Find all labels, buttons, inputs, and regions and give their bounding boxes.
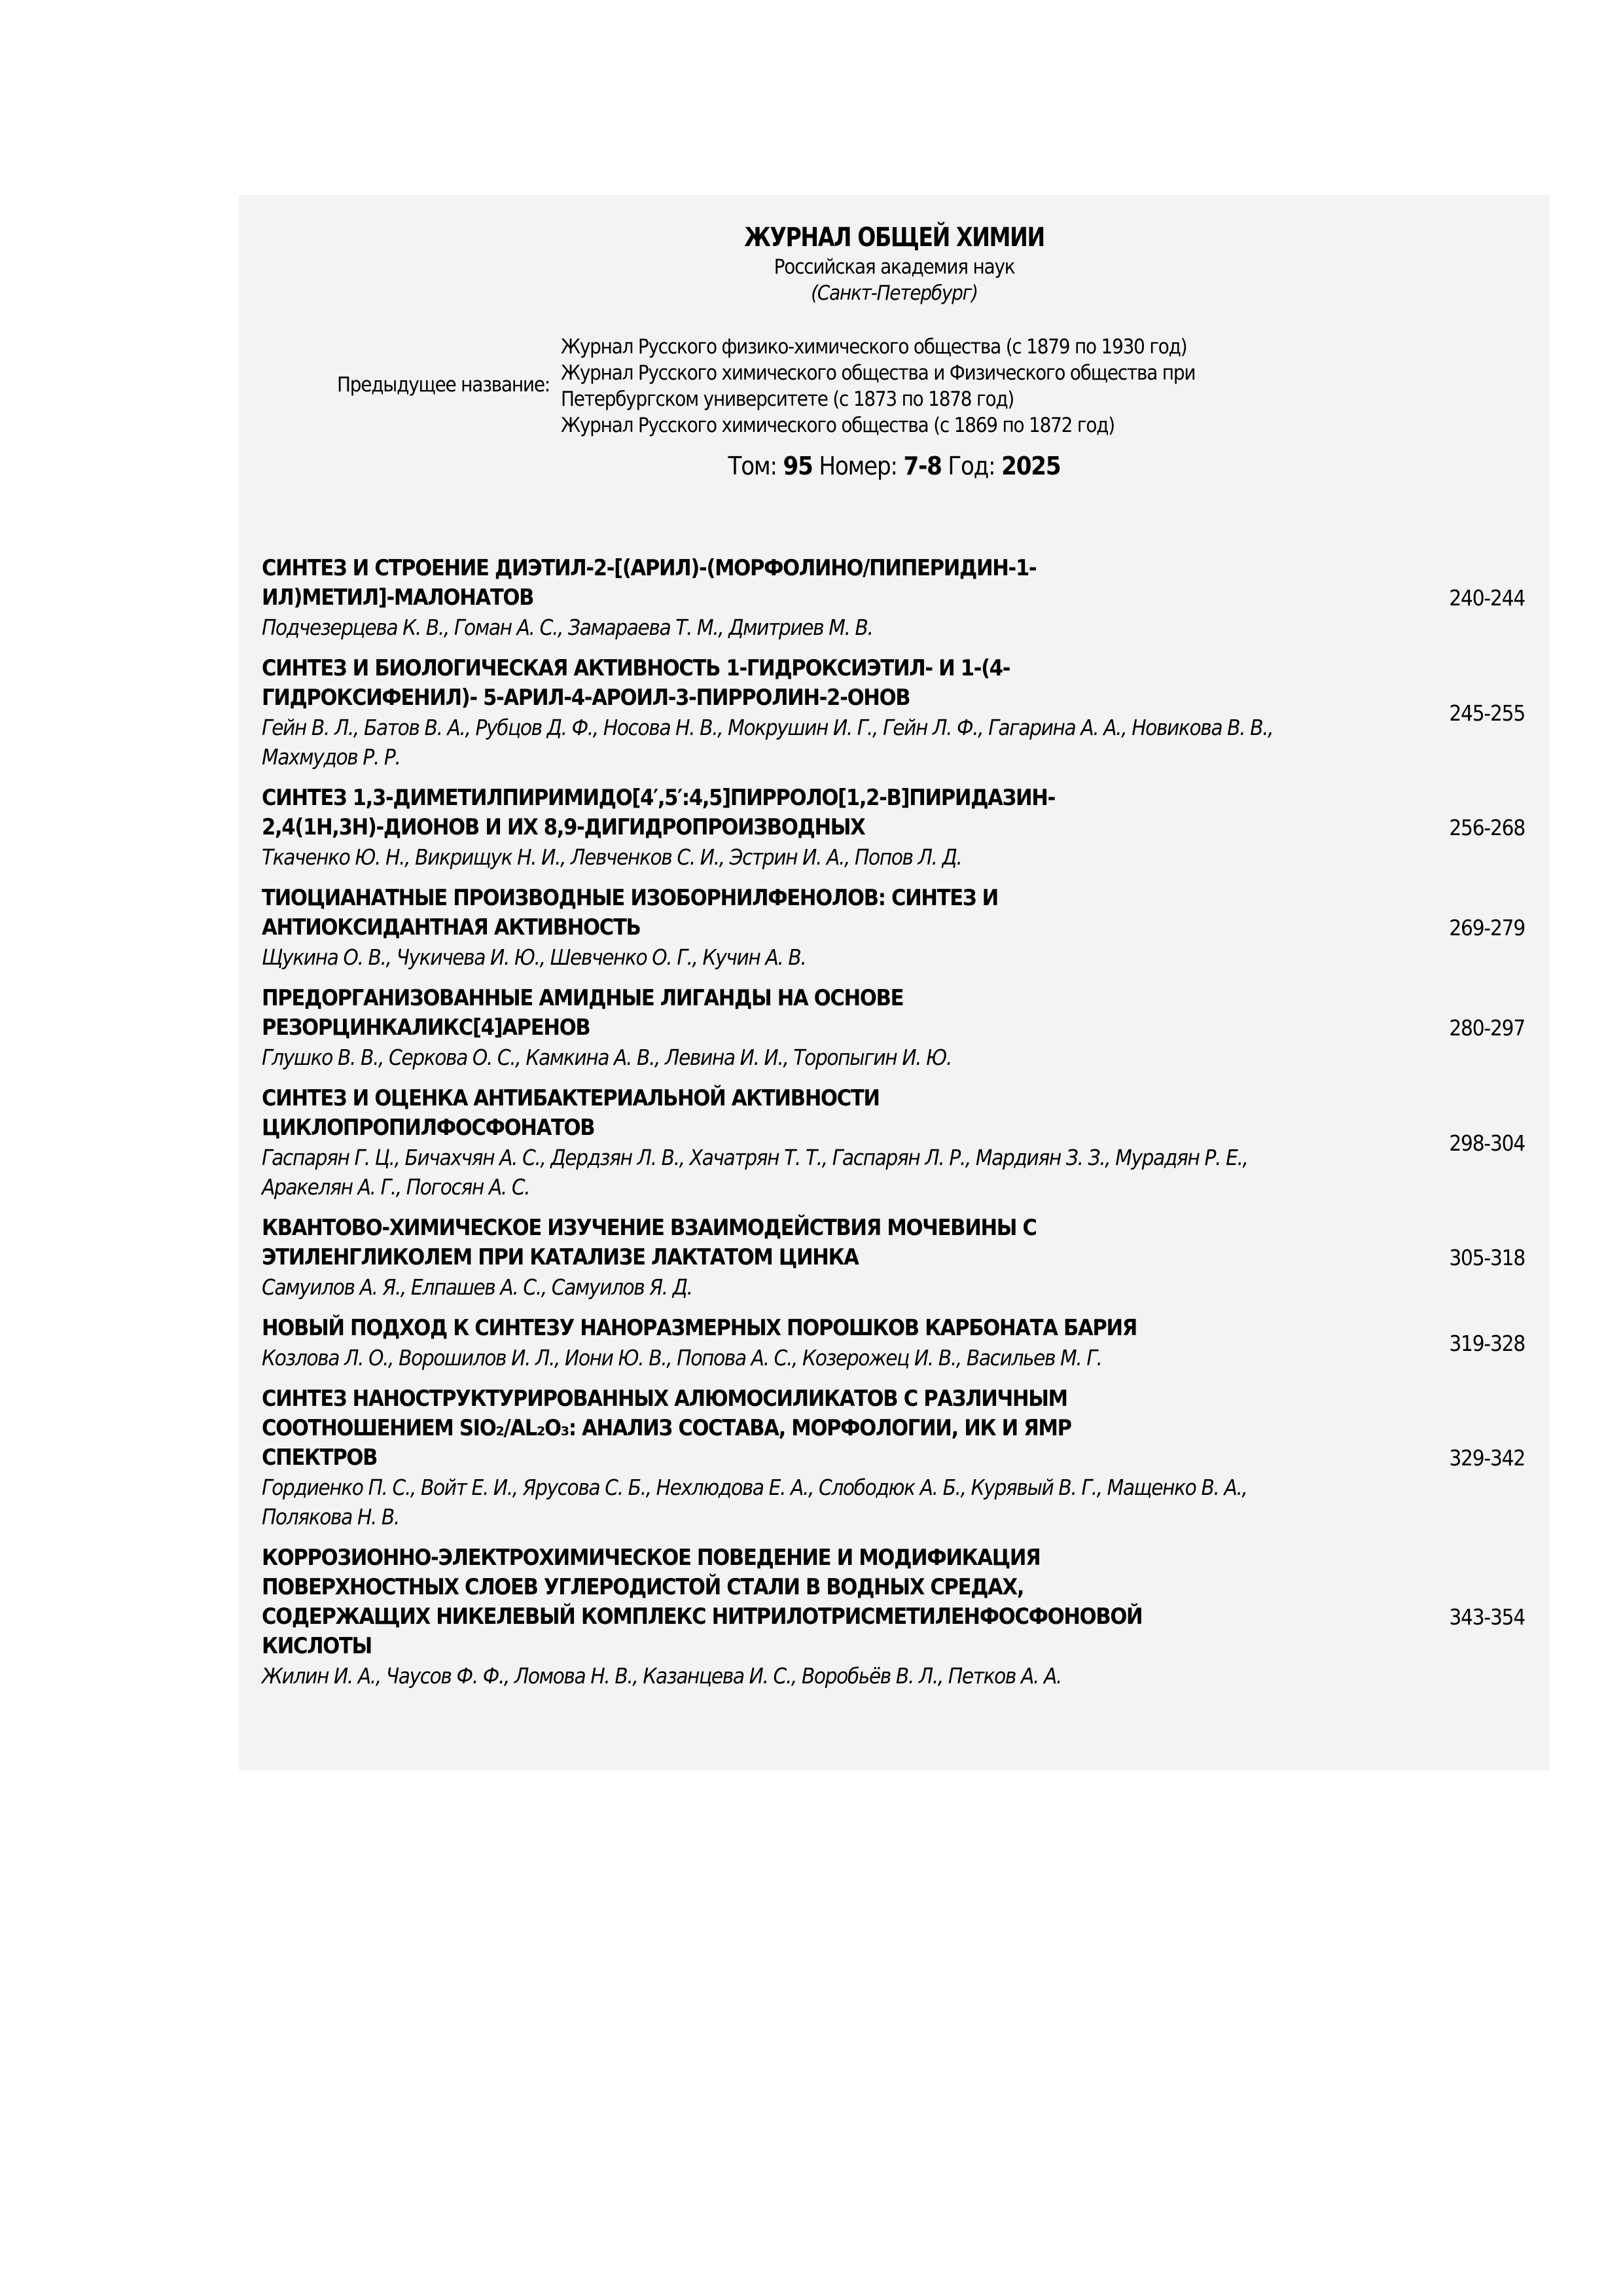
article-pages: 298-304 (1449, 1130, 1525, 1156)
article-entry: КОРРОЗИОННО-ЭЛЕКТРОХИМИЧЕСКОЕ ПОВЕДЕНИЕ … (262, 1543, 1525, 1691)
number-label: Номер: (819, 452, 897, 480)
article-entry: НОВЫЙ ПОДХОД К СИНТЕЗУ НАНОРАЗМЕРНЫХ ПОР… (262, 1314, 1525, 1372)
article-title-line: ИЛ)МЕТИЛ]-МАЛОНАТОВ (262, 583, 1335, 613)
year-label: Год: (948, 452, 995, 480)
article-authors: Козлова Л. О., Ворошилов И. Л., Иони Ю. … (262, 1343, 1335, 1372)
article-title-line: НОВЫЙ ПОДХОД К СИНТЕЗУ НАНОРАЗМЕРНЫХ ПОР… (262, 1314, 1335, 1343)
volume-value: 95 (783, 452, 812, 480)
article-authors: Подчезерцева К. В., Гоман А. С., Замарае… (262, 613, 1335, 642)
article-title-line: СОДЕРЖАЩИХ НИКЕЛЕВЫЙ КОМПЛЕКС НИТРИЛОТРИ… (262, 1602, 1335, 1632)
article-pages: 240-244 (1449, 585, 1525, 611)
article-title-line: КВАНТОВО-ХИМИЧЕСКОЕ ИЗУЧЕНИЕ ВЗАИМОДЕЙСТ… (262, 1213, 1335, 1243)
article-title-line: СИНТЕЗ 1,3-ДИМЕТИЛПИРИМИДО[4′,5′:4,5]ПИР… (262, 783, 1335, 813)
article-authors: Гордиенко П. С., Войт Е. И., Ярусова С. … (262, 1473, 1335, 1532)
publisher: Российская академия наук (239, 255, 1550, 279)
previous-names-list: Журнал Русского физико-химического общес… (561, 334, 1195, 439)
article-pages: 329-342 (1449, 1445, 1525, 1471)
year-value: 2025 (1001, 452, 1060, 480)
article-pages: 319-328 (1449, 1331, 1525, 1356)
article-pages: 256-268 (1449, 815, 1525, 840)
table-of-contents: СИНТЕЗ И СТРОЕНИЕ ДИЭТИЛ-2-[(АРИЛ)-(МОРФ… (262, 554, 1525, 1702)
issue-info: Том: 95 Номер: 7-8 Год: 2025 (239, 452, 1550, 480)
article-title-line: ПРЕДОРГАНИЗОВАННЫЕ АМИДНЫЕ ЛИГАНДЫ НА ОС… (262, 984, 1335, 1013)
journal-title: ЖУРНАЛ ОБЩЕЙ ХИМИИ (291, 223, 1497, 253)
article-title-line: ЭТИЛЕНГЛИКОЛЕМ ПРИ КАТАЛИЗЕ ЛАКТАТОМ ЦИН… (262, 1243, 1335, 1272)
article-title[interactable]: СИНТЕЗ НАНОСТРУКТУРИРОВАННЫХ АЛЮМОСИЛИКА… (262, 1384, 1335, 1473)
article-entry: СИНТЕЗ НАНОСТРУКТУРИРОВАННЫХ АЛЮМОСИЛИКА… (262, 1384, 1525, 1532)
article-pages: 305-318 (1449, 1245, 1525, 1270)
article-authors: Жилин И. А., Чаусов Ф. Ф., Ломова Н. В.,… (262, 1661, 1335, 1691)
article-title-line: СИНТЕЗ НАНОСТРУКТУРИРОВАННЫХ АЛЮМОСИЛИКА… (262, 1384, 1335, 1414)
journal-issue-panel: ЖУРНАЛ ОБЩЕЙ ХИМИИ Российская академия н… (239, 195, 1550, 1770)
previous-name: Журнал Русского химического общества (с … (561, 412, 1195, 439)
article-title-line: СООТНОШЕНИЕМ SIO₂/AL₂O₃: АНАЛИЗ СОСТАВА,… (262, 1414, 1335, 1443)
article-title[interactable]: ТИОЦИАНАТНЫЕ ПРОИЗВОДНЫЕ ИЗОБОРНИЛФЕНОЛО… (262, 884, 1335, 942)
article-pages: 343-354 (1449, 1604, 1525, 1630)
article-authors: Гейн В. Л., Батов В. А., Рубцов Д. Ф., Н… (262, 713, 1335, 772)
article-entry: СИНТЕЗ И СТРОЕНИЕ ДИЭТИЛ-2-[(АРИЛ)-(МОРФ… (262, 554, 1525, 642)
article-authors: Ткаченко Ю. Н., Викрищук Н. И., Левченко… (262, 842, 1335, 872)
article-entry: СИНТЕЗ 1,3-ДИМЕТИЛПИРИМИДО[4′,5′:4,5]ПИР… (262, 783, 1525, 872)
article-entry: СИНТЕЗ И БИОЛОГИЧЕСКАЯ АКТИВНОСТЬ 1-ГИДР… (262, 654, 1525, 772)
city: (Санкт-Петербург) (239, 281, 1550, 305)
article-title-line: КОРРОЗИОННО-ЭЛЕКТРОХИМИЧЕСКОЕ ПОВЕДЕНИЕ … (262, 1543, 1335, 1573)
article-title-line: АНТИОКСИДАНТНАЯ АКТИВНОСТЬ (262, 913, 1335, 942)
article-authors: Щукина О. В., Чукичева И. Ю., Шевченко О… (262, 942, 1335, 972)
article-title-line: ГИДРОКСИФЕНИЛ)- 5-АРИЛ-4-АРОИЛ-3-ПИРРОЛИ… (262, 683, 1335, 713)
article-title-line: ЦИКЛОПРОПИЛФОСФОНАТОВ (262, 1113, 1335, 1143)
article-title-line: РЕЗОРЦИНКАЛИКС[4]АРЕНОВ (262, 1013, 1335, 1043)
article-title[interactable]: СИНТЕЗ И БИОЛОГИЧЕСКАЯ АКТИВНОСТЬ 1-ГИДР… (262, 654, 1335, 713)
previous-name: Журнал Русского химического общества и Ф… (561, 360, 1195, 386)
article-entry: ПРЕДОРГАНИЗОВАННЫЕ АМИДНЫЕ ЛИГАНДЫ НА ОС… (262, 984, 1525, 1072)
article-title[interactable]: СИНТЕЗ 1,3-ДИМЕТИЛПИРИМИДО[4′,5′:4,5]ПИР… (262, 783, 1335, 842)
article-authors: Глушко В. В., Серкова О. С., Камкина А. … (262, 1043, 1335, 1072)
number-value: 7-8 (903, 452, 941, 480)
article-title[interactable]: НОВЫЙ ПОДХОД К СИНТЕЗУ НАНОРАЗМЕРНЫХ ПОР… (262, 1314, 1335, 1343)
article-title[interactable]: СИНТЕЗ И СТРОЕНИЕ ДИЭТИЛ-2-[(АРИЛ)-(МОРФ… (262, 554, 1335, 613)
article-pages: 245-255 (1449, 700, 1525, 726)
previous-name: Журнал Русского физико-химического общес… (561, 334, 1195, 360)
article-authors: Самуилов А. Я., Елпашев А. С., Самуилов … (262, 1272, 1335, 1302)
article-title-line: КИСЛОТЫ (262, 1632, 1335, 1661)
article-title-line: СИНТЕЗ И ОЦЕНКА АНТИБАКТЕРИАЛЬНОЙ АКТИВН… (262, 1084, 1335, 1113)
article-title[interactable]: КВАНТОВО-ХИМИЧЕСКОЕ ИЗУЧЕНИЕ ВЗАИМОДЕЙСТ… (262, 1213, 1335, 1272)
article-entry: ТИОЦИАНАТНЫЕ ПРОИЗВОДНЫЕ ИЗОБОРНИЛФЕНОЛО… (262, 884, 1525, 972)
previous-names-label: Предыдущее название: (337, 373, 550, 397)
volume-label: Том: (728, 452, 777, 480)
article-title[interactable]: ПРЕДОРГАНИЗОВАННЫЕ АМИДНЫЕ ЛИГАНДЫ НА ОС… (262, 984, 1335, 1043)
article-title-line: СИНТЕЗ И БИОЛОГИЧЕСКАЯ АКТИВНОСТЬ 1-ГИДР… (262, 654, 1335, 683)
article-title-line: СИНТЕЗ И СТРОЕНИЕ ДИЭТИЛ-2-[(АРИЛ)-(МОРФ… (262, 554, 1335, 583)
article-authors: Гаспарян Г. Ц., Бичахчян А. С., Дердзян … (262, 1143, 1335, 1202)
article-entry: КВАНТОВО-ХИМИЧЕСКОЕ ИЗУЧЕНИЕ ВЗАИМОДЕЙСТ… (262, 1213, 1525, 1302)
article-title-line: СПЕКТРОВ (262, 1443, 1335, 1473)
article-pages: 269-279 (1449, 915, 1525, 941)
article-entry: СИНТЕЗ И ОЦЕНКА АНТИБАКТЕРИАЛЬНОЙ АКТИВН… (262, 1084, 1525, 1202)
article-title[interactable]: КОРРОЗИОННО-ЭЛЕКТРОХИМИЧЕСКОЕ ПОВЕДЕНИЕ … (262, 1543, 1335, 1661)
article-title-line: 2,4(1H,3H)-ДИОНОВ И ИХ 8,9-ДИГИДРОПРОИЗВ… (262, 813, 1335, 842)
article-pages: 280-297 (1449, 1015, 1525, 1041)
article-title[interactable]: СИНТЕЗ И ОЦЕНКА АНТИБАКТЕРИАЛЬНОЙ АКТИВН… (262, 1084, 1335, 1143)
article-title-line: ПОВЕРХНОСТНЫХ СЛОЕВ УГЛЕРОДИСТОЙ СТАЛИ В… (262, 1573, 1335, 1602)
previous-name: Петербургском университете (с 1873 по 18… (561, 386, 1195, 412)
article-title-line: ТИОЦИАНАТНЫЕ ПРОИЗВОДНЫЕ ИЗОБОРНИЛФЕНОЛО… (262, 884, 1335, 913)
